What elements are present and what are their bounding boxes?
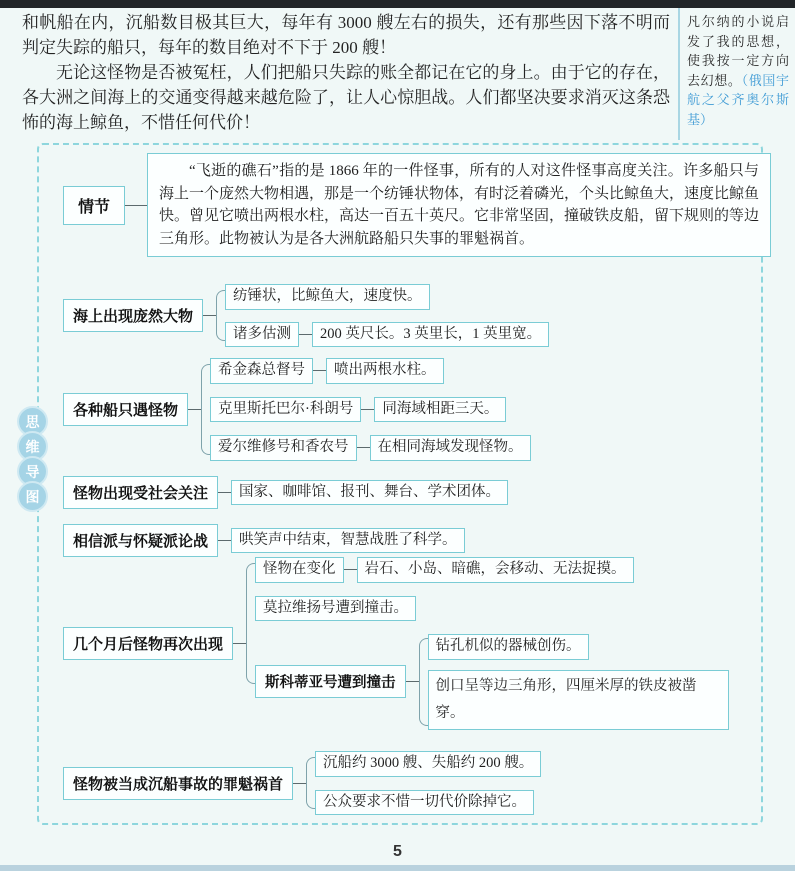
section-plot-label: 情节 (63, 186, 125, 225)
section-public-attention-label: 怪物出现受社会关注 (63, 476, 218, 509)
ship-row-helvetia-shannon: 爱尔维修号和香农号 在相同海域发现怪物。 (210, 435, 531, 461)
connector-line (293, 783, 306, 784)
bracket (216, 290, 225, 341)
connector-line (406, 681, 419, 682)
ship-detail: 喷出两根水柱。 (326, 358, 444, 384)
connector-line (344, 569, 357, 570)
ship-name: 克里斯托巴尔·科朗号 (210, 397, 361, 423)
changing-text: 岩石、小岛、暗礁，会移动、无法捉摸。 (357, 557, 634, 583)
mindmap-panel: 情节 “飞逝的礁石”指的是 1866 年的一件怪事，所有的人对这件怪事高度关注。… (37, 143, 763, 825)
section-debate: 相信派与怀疑派论战 哄笑声中结束，智慧战胜了科学。 (63, 524, 465, 557)
scotia-children: 钻孔机似的器械创伤。 创口呈等边三角形，四厘米厚的铁皮被凿穿。 (428, 634, 729, 730)
section-monster-appears-label: 海上出现庞然大物 (63, 299, 203, 332)
page-number: 5 (0, 843, 795, 861)
scotia-label: 斯科蒂亚号遭到撞击 (255, 665, 406, 698)
section-scapegoat-label: 怪物被当成沉船事故的罪魁祸首 (63, 767, 293, 800)
connector-line (313, 370, 326, 371)
plot-summary-box: “飞逝的礁石”指的是 1866 年的一件怪事，所有的人对这件怪事高度关注。许多船… (147, 153, 771, 257)
ship-row-governor-higginson: 希金森总督号 喷出两根水柱。 (210, 358, 444, 384)
estimates-row: 诸多估测 200 英尺长。3 英里长，1 英里宽。 (225, 322, 549, 348)
paragraph-2: 无论这怪物是否被冤枉，人们把船只失踪的账全都记在它的身上。由于它的存在，各大洲之… (22, 60, 670, 135)
section-ships-encounter: 各种船只遇怪物 希金森总督号 喷出两根水柱。 克里斯托巴尔·科朗号 同海域相距三… (63, 358, 531, 461)
ship-name: 爱尔维修号和香农号 (210, 435, 357, 461)
bracket (419, 638, 428, 726)
section-plot: 情节 “飞逝的礁石”指的是 1866 年的一件怪事，所有的人对这件怪事高度关注。… (63, 153, 771, 257)
scapegoat-children: 沉船约 3000 艘、失船约 200 艘。 公众要求不惜一切代价除掉它。 (315, 751, 541, 815)
connector-line (203, 315, 216, 316)
section-monster-returns-label: 几个月后怪物再次出现 (63, 627, 233, 660)
ship-name: 希金森总督号 (210, 358, 313, 384)
bracket (246, 563, 255, 684)
scotia-group: 斯科蒂亚号遭到撞击 钻孔机似的器械创伤。 创口呈等边三角形，四厘米厚的铁皮被凿穿… (255, 634, 729, 730)
moravian-box: 莫拉维扬号遭到撞击。 (255, 596, 416, 622)
shape-box: 纺锤状，比鲸鱼大，速度快。 (225, 284, 430, 310)
changing-label: 怪物在变化 (255, 557, 344, 583)
debate-text: 哄笑声中结束，智慧战胜了科学。 (231, 528, 465, 554)
connector-line (188, 409, 201, 410)
section-scapegoat: 怪物被当成沉船事故的罪魁祸首 沉船约 3000 艘、失船约 200 艘。 公众要… (63, 751, 541, 815)
mindmap-side-label: 思 维 导 图 (17, 406, 48, 506)
monster-returns-children: 怪物在变化 岩石、小岛、暗礁，会移动、无法捉摸。 莫拉维扬号遭到撞击。 斯科蒂亚… (255, 557, 729, 730)
paragraph-1: 和帆船在内，沉船数目极其巨大，每年有 3000 艘左右的损失，还有那些因下落不明… (22, 10, 670, 60)
badge-char-4: 图 (17, 481, 48, 512)
ship-detail: 在相同海域发现怪物。 (370, 435, 531, 461)
section-debate-label: 相信派与怀疑派论战 (63, 524, 218, 557)
connector-line (299, 334, 312, 335)
changing-row: 怪物在变化 岩石、小岛、暗礁，会移动、无法捉摸。 (255, 557, 634, 583)
page-top-edge (0, 0, 795, 8)
margin-note-divider (678, 8, 680, 140)
page-bottom-edge (0, 865, 795, 871)
bracket (306, 757, 315, 809)
public-attention-text: 国家、咖啡馆、报刊、舞台、学术团体。 (231, 480, 508, 506)
losses-box: 沉船约 3000 艘、失船约 200 艘。 (315, 751, 541, 777)
connector-line (361, 409, 374, 410)
ships-children: 希金森总督号 喷出两根水柱。 克里斯托巴尔·科朗号 同海域相距三天。 爱尔维修号… (210, 358, 531, 461)
margin-note: 凡尔纳的小说启发了我的思想，使我按一定方向去幻想。（俄国宇航之父齐奥尔斯基） (687, 12, 789, 129)
connector-line (233, 643, 246, 644)
estimates-text: 200 英尺长。3 英里长，1 英里宽。 (312, 322, 549, 348)
connector-line (218, 540, 231, 541)
section-monster-returns: 几个月后怪物再次出现 怪物在变化 岩石、小岛、暗礁，会移动、无法捉摸。 莫拉维扬… (63, 557, 729, 730)
connector-line (218, 492, 231, 493)
body-text: 和帆船在内，沉船数目极其巨大，每年有 3000 艘左右的损失，还有那些因下落不明… (22, 10, 670, 135)
ship-detail: 同海域相距三天。 (374, 397, 506, 423)
bracket (201, 364, 210, 455)
ship-row-cristobal-colon: 克里斯托巴尔·科朗号 同海域相距三天。 (210, 397, 506, 423)
section-public-attention: 怪物出现受社会关注 国家、咖啡馆、报刊、舞台、学术团体。 (63, 476, 508, 509)
scotia-hole-box: 创口呈等边三角形，四厘米厚的铁皮被凿穿。 (428, 670, 729, 730)
section-ships-encounter-label: 各种船只遇怪物 (63, 393, 188, 426)
public-demand-box: 公众要求不惜一切代价除掉它。 (315, 790, 534, 816)
estimates-label: 诸多估测 (225, 322, 299, 348)
connector-line (125, 205, 147, 206)
connector-line (357, 447, 370, 448)
monster-appears-children: 纺锤状，比鲸鱼大，速度快。 诸多估测 200 英尺长。3 英里长，1 英里宽。 (225, 284, 549, 347)
section-monster-appears: 海上出现庞然大物 纺锤状，比鲸鱼大，速度快。 诸多估测 200 英尺长。3 英里… (63, 284, 549, 347)
scotia-wound-box: 钻孔机似的器械创伤。 (428, 634, 589, 660)
